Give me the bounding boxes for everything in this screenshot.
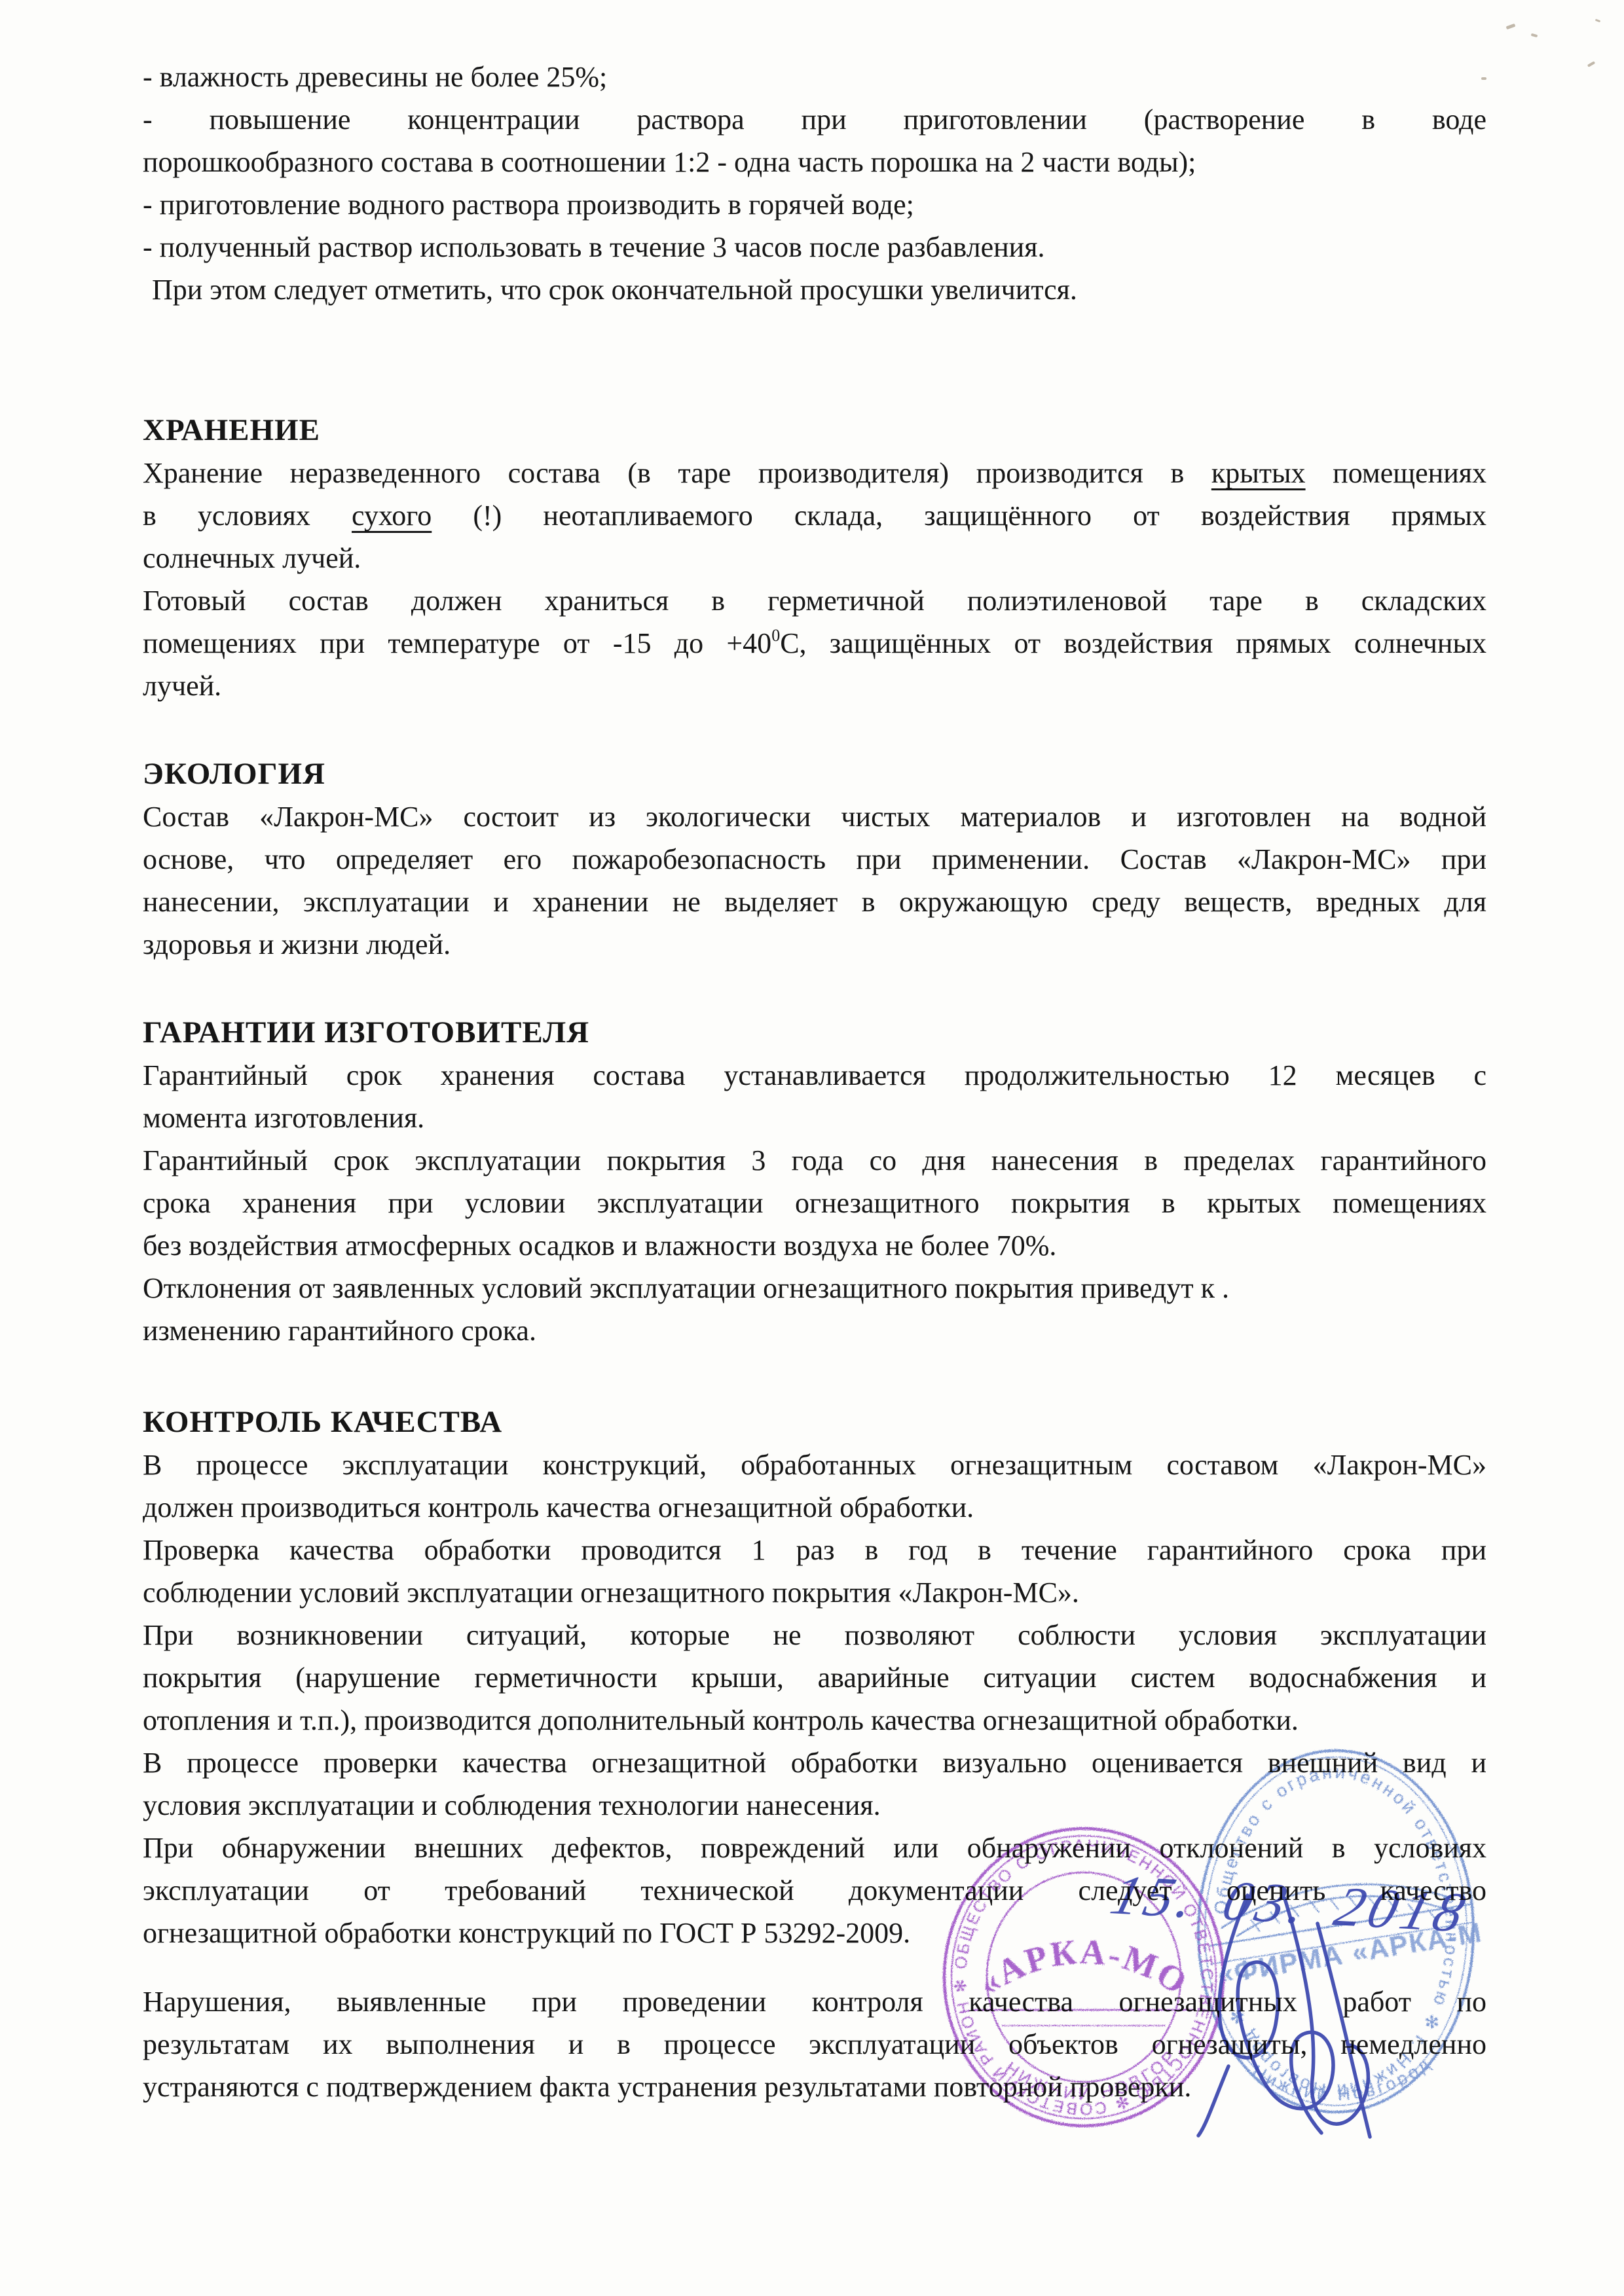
warranty-line-6: Отклонения от заявленных условий эксплуа… <box>143 1267 1486 1309</box>
intro-line-5: - полученный раствор использовать в тече… <box>143 226 1486 268</box>
quality-line-5: При возникновении ситуаций, которые не п… <box>143 1614 1486 1656</box>
underlined-word: крытых <box>1211 457 1306 489</box>
text-run: (!) неотапливаемого склада, защищённого … <box>432 500 1486 532</box>
storage-line-1: Хранение неразведенного состава (в таре … <box>143 452 1486 494</box>
quality-line-7: отопления и т.п.), производится дополнит… <box>143 1699 1486 1741</box>
document-body: - влажность древесины не более 25%; - по… <box>143 56 1486 2108</box>
intro-line-4: - приготовление водного раствора произво… <box>143 183 1486 226</box>
intro-line-1: - влажность древесины не более 25%; <box>143 56 1486 98</box>
closing-line-3: устраняются с подтверждением факта устра… <box>143 2066 1486 2108</box>
storage-line-5: помещениях при температуре от -15 до +40… <box>143 622 1486 665</box>
underlined-word: сухого <box>352 500 432 532</box>
text-run: помещениях <box>1306 457 1486 489</box>
quality-line-3: Проверка качества обработки проводится 1… <box>143 1529 1486 1571</box>
section-heading-quality: КОНТРОЛЬ КАЧЕСТВА <box>143 1401 1486 1444</box>
pencil-speck <box>1595 19 1601 23</box>
intro-line-3: порошкообразного состава в соотношении 1… <box>143 141 1486 183</box>
intro-line-2: - повышение концентрации раствора при пр… <box>143 98 1486 141</box>
quality-line-9: условия эксплуатации и соблюдения технол… <box>143 1784 1486 1827</box>
warranty-line-5: без воздействия атмосферных осадков и вл… <box>143 1224 1486 1267</box>
ecology-line-1: Состав «Лакрон-МС» состоит из экологичес… <box>143 795 1486 838</box>
warranty-line-3: Гарантийный срок эксплуатации покрытия 3… <box>143 1139 1486 1182</box>
pencil-speck <box>1587 61 1595 67</box>
quality-line-6: покрытия (нарушение герметичности крыши,… <box>143 1656 1486 1699</box>
text-run: помещениях при температуре от -15 до +40 <box>143 627 771 659</box>
text-run: Хранение неразведенного состава (в таре … <box>143 457 1211 489</box>
warranty-line-4: срока хранения при условии эксплуатации … <box>143 1182 1486 1224</box>
quality-line-11: эксплуатации от требований технической д… <box>143 1869 1486 1912</box>
ecology-line-2: основе, что определяет его пожаробезопас… <box>143 838 1486 881</box>
quality-line-2: должен производиться контроль качества о… <box>143 1486 1486 1529</box>
warranty-line-1: Гарантийный срок хранения состава устана… <box>143 1054 1486 1097</box>
intro-line-6: При этом следует отметить, что срок окон… <box>143 268 1486 311</box>
warranty-line-2: момента изготовления. <box>143 1097 1486 1139</box>
superscript-zero: 0 <box>771 626 780 645</box>
text-run: С, защищённых от воздействия прямых солн… <box>780 627 1486 659</box>
closing-line-2: результатам их выполнения и в процессе э… <box>143 2023 1486 2066</box>
quality-line-10: При обнаружении внешних дефектов, повреж… <box>143 1827 1486 1869</box>
warranty-line-7: изменению гарантийного срока. <box>143 1309 1486 1352</box>
ecology-line-4: здоровья и жизни людей. <box>143 923 1486 966</box>
quality-line-1: В процессе эксплуатации конструкций, обр… <box>143 1444 1486 1486</box>
quality-line-8: В процессе проверки качества огнезащитно… <box>143 1741 1486 1784</box>
storage-line-4: Готовый состав должен храниться в гермет… <box>143 579 1486 622</box>
quality-line-4: соблюдении условий эксплуатации огнезащи… <box>143 1571 1486 1614</box>
quality-line-12: огнезащитной обработки конструкций по ГО… <box>143 1912 1486 1954</box>
pencil-speck <box>1506 24 1516 29</box>
storage-line-6: лучей. <box>143 665 1486 707</box>
section-heading-storage: ХРАНЕНИЕ <box>143 409 1486 452</box>
scanned-document-page: - влажность древесины не более 25%; - по… <box>0 0 1624 2296</box>
text-run: в условиях <box>143 500 352 532</box>
pencil-speck <box>1531 33 1538 37</box>
section-heading-warranty: ГАРАНТИИ ИЗГОТОВИТЕЛЯ <box>143 1011 1486 1054</box>
closing-line-1: Нарушения, выявленные при проведении кон… <box>143 1980 1486 2023</box>
section-heading-ecology: ЭКОЛОГИЯ <box>143 753 1486 795</box>
storage-line-2: в условиях сухого (!) неотапливаемого ск… <box>143 494 1486 537</box>
storage-line-3: солнечных лучей. <box>143 537 1486 579</box>
pencil-speck <box>1481 77 1486 80</box>
ecology-line-3: нанесении, эксплуатации и хранении не вы… <box>143 881 1486 923</box>
